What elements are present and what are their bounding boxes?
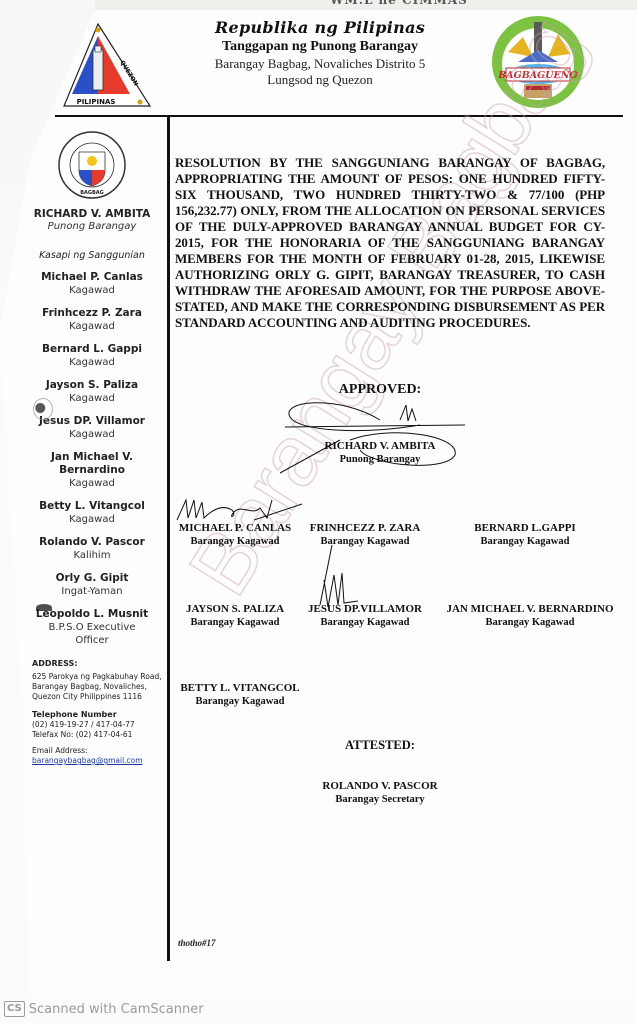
member-role: Kagawad [22,284,162,297]
signatory-name: MICHAEL P. CANLAS [170,522,300,535]
svg-text:PILIPINAS: PILIPINAS [77,98,116,106]
council-member: Rolando V. PascorKalihim [22,536,162,562]
signatory-block: BERNARD L.GAPPIBarangay Kagawad [460,522,590,548]
member-name: Jayson S. Paliza [22,379,162,392]
telephone-number: (02) 419-19-27 / 417-04-77 [32,720,162,730]
chief-role: Punong Barangay [22,221,162,232]
quezon-city-seal-icon: PILIPINAS QUEZON [60,22,152,108]
signatory-title: Barangay Kagawad [460,535,590,548]
member-name: Frinhcezz P. Zara [22,307,162,320]
attester-block: ROLANDO V. PASCOR Barangay Secretary [300,780,460,806]
resolution-body: RESOLUTION BY THE SANGGUNIANG BARANGAY O… [175,155,605,331]
council-member: Michael P. CanlasKagawad [22,271,162,297]
member-role: Kagawad [22,513,162,526]
member-name: Rolando V. Pascor [22,536,162,549]
member-name: Betty L. Vitangcol [22,500,162,513]
svg-text:BAGBAG: BAGBAG [80,190,104,196]
signatory-title: Barangay Kagawad [170,695,310,708]
telefax-number: Telefax No: (02) 417-04-61 [32,730,162,740]
signatory-block: JAN MICHAEL V. BERNARDINOBarangay Kagawa… [440,603,620,629]
signatory-name: JAYSON S. PALIZA [170,603,300,616]
signatory-name: FRINHCEZZ P. ZARA [300,522,430,535]
member-name: Bernard L. Gappi [22,343,162,356]
country-name: Republika ng Pilipinas [170,18,470,37]
barangay-seal-icon: BAGBAG [57,130,127,200]
attester-title: Barangay Secretary [300,793,460,806]
member-role: Kagawad [22,428,162,441]
approver-name: RICHARD V. AMBITA [290,440,470,453]
attester-name: ROLANDO V. PASCOR [300,780,460,793]
council-member: Bernard L. GappiKagawad [22,343,162,369]
member-role: Kagawad [22,356,162,369]
signatory-title: Barangay Kagawad [300,616,430,629]
contact-info: ADDRESS: 625 Parokya ng Pagkabuhay Road,… [22,659,162,766]
member-role: Kagawad [22,477,162,490]
punch-hole-mark [36,604,52,611]
address-label: ADDRESS: [32,659,162,669]
member-name: Orly G. Gipit [22,572,162,585]
signatory-title: Barangay Kagawad [440,616,620,629]
district-name: Barangay Bagbag, Novaliches Distrito 5 [170,56,470,72]
sidebar: BAGBAG RICHARD V. AMBITA Punong Barangay… [22,125,162,766]
document-page: PILIPINAS QUEZON Republika ng Pilipinas … [0,0,637,1000]
city-name: Lungsod ng Quezon [170,72,470,88]
signatory-title: Barangay Kagawad [170,535,300,548]
member-name: Michael P. Canlas [22,271,162,284]
signatory-block: MICHAEL P. CANLASBarangay Kagawad [170,522,300,548]
signatory-block: BETTY L. VITANGCOLBarangay Kagawad [170,682,310,708]
approver-block: RICHARD V. AMBITA Punong Barangay [290,440,470,466]
chief-name: RICHARD V. AMBITA [22,208,162,220]
signatory-name: JAN MICHAEL V. BERNARDINO [440,603,620,616]
member-name: Jan Michael V. Bernardino [22,451,162,477]
document-initials: thotho#17 [178,938,216,948]
camscanner-logo-icon: CS [4,1001,25,1017]
address-text: 625 Parokya ng Pagkabuhay Road, Barangay… [32,672,162,702]
letterhead: Republika ng Pilipinas Tanggapan ng Puno… [170,18,470,88]
email-link[interactable]: barangaybagbag@gmail.com [32,756,162,766]
council-member: Betty L. VitangcolKagawad [22,500,162,526]
council-member: Jan Michael V. BernardinoKagawad [22,451,162,490]
signatory-block: JAYSON S. PALIZABarangay Kagawad [170,603,300,629]
scanner-text: Scanned with CamScanner [29,1002,204,1017]
member-role: Kalihim [22,549,162,562]
signatory-block: FRINHCEZZ P. ZARABarangay Kagawad [300,522,430,548]
punch-hole-mark [33,398,53,420]
signatory-name: BETTY L. VITANGCOL [170,682,310,695]
member-role: B.P.S.O Executive Officer [22,621,162,647]
approver-title: Punong Barangay [290,453,470,466]
member-role: Kagawad [22,320,162,333]
council-member: Orly G. GipitIngat-Yaman [22,572,162,598]
signatory-title: Barangay Kagawad [300,535,430,548]
office-name: Tanggapan ng Punong Barangay [170,39,470,55]
signature-villamor [310,545,360,610]
email-label: Email Address: [32,746,162,756]
council-member: Frinhcezz P. ZaraKagawad [22,307,162,333]
telephone-label: Telephone Number [32,710,162,720]
signatory-name: JESUS DP.VILLAMOR [300,603,430,616]
scanner-watermark: CS Scanned with CamScanner [4,1001,204,1017]
signatory-name: BERNARD L.GAPPI [460,522,590,535]
council-label: Kasapi ng Sanggunian [22,250,162,261]
resolution-text: RESOLUTION BY THE SANGGUNIANG BARANGAY O… [175,155,605,331]
member-role: Ingat-Yaman [22,585,162,598]
attested-label: ATTESTED: [300,738,460,753]
signatory-block: JESUS DP.VILLAMORBarangay Kagawad [300,603,430,629]
council-member: Leopoldo L. MusnitB.P.S.O Executive Offi… [22,608,162,647]
signatory-title: Barangay Kagawad [170,616,300,629]
